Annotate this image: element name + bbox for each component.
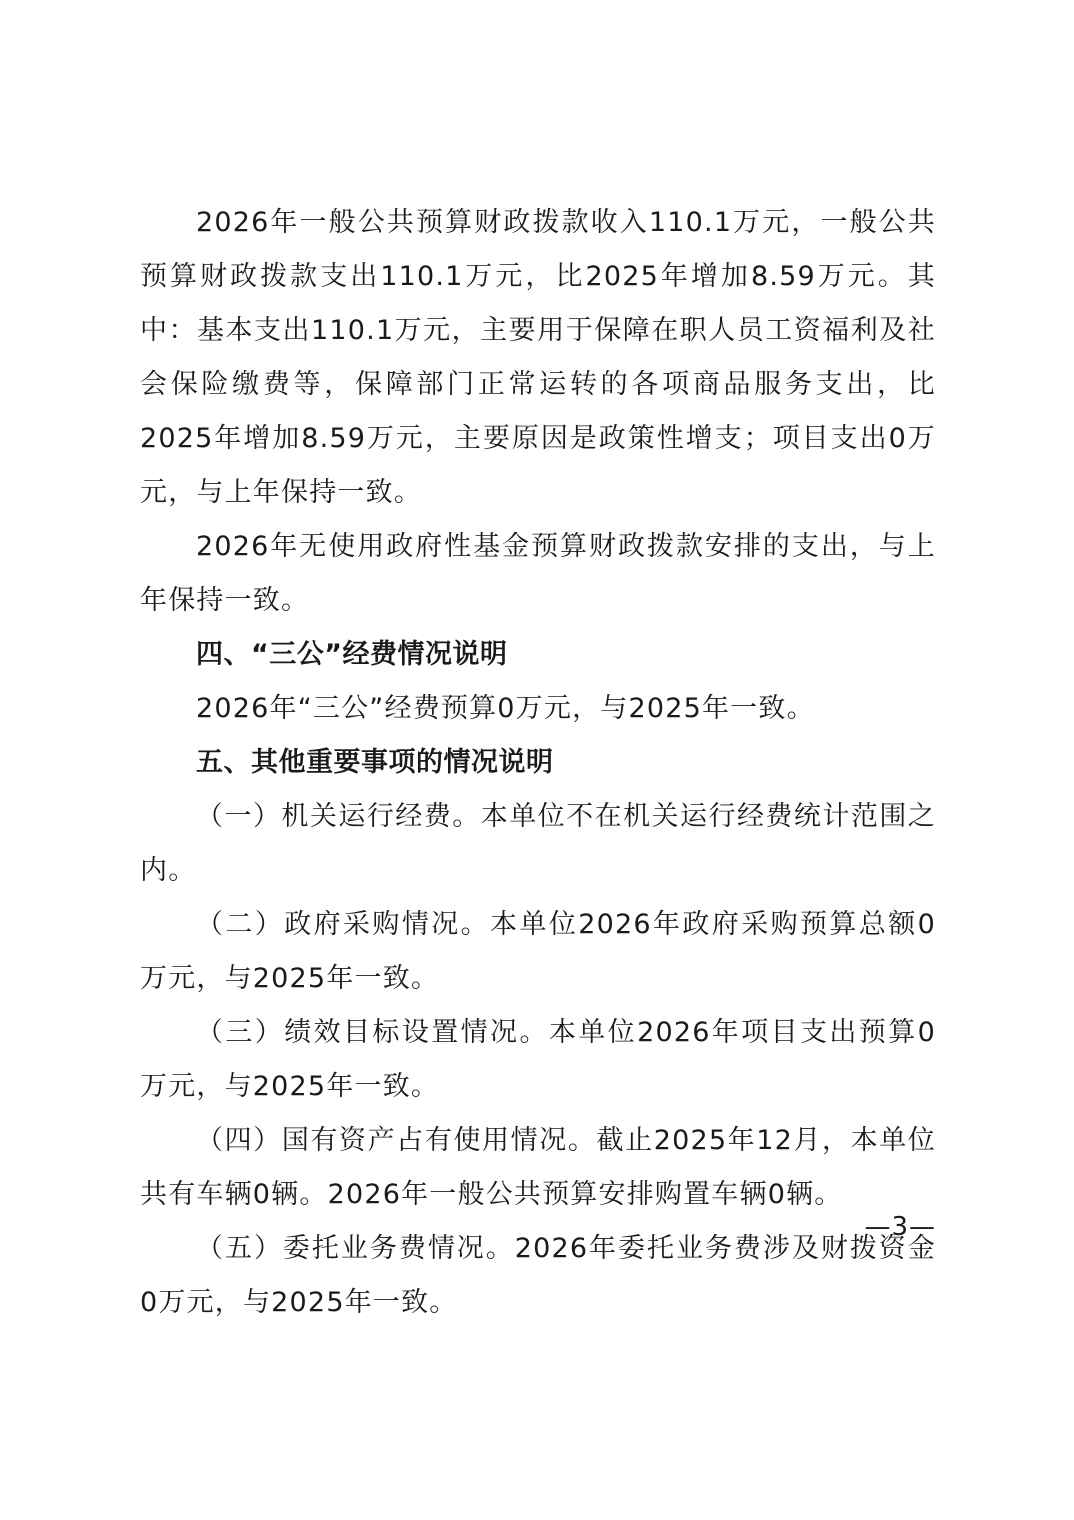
paragraph-government-fund: 2026年无使用政府性基金预算财政拨款安排的支出，与上年保持一致。 xyxy=(140,520,936,628)
paragraph-state-assets: （四）国有资产占有使用情况。截止2025年12月，本单位共有车辆0辆。2026年… xyxy=(140,1114,936,1222)
paragraph-operating-expenses: （一）机关运行经费。本单位不在机关运行经费统计范围之内。 xyxy=(140,790,936,898)
paragraph-performance-goals: （三）绩效目标设置情况。本单位2026年项目支出预算0万元，与2025年一致。 xyxy=(140,1006,936,1114)
section-heading-other-matters: 五、其他重要事项的情况说明 xyxy=(140,736,936,790)
paragraph-general-budget: 2026年一般公共预算财政拨款收入110.1万元，一般公共预算财政拨款支出110… xyxy=(140,196,936,520)
document-body: 2026年一般公共预算财政拨款收入110.1万元，一般公共预算财政拨款支出110… xyxy=(140,196,936,1330)
section-heading-three-public: 四、“三公”经费情况说明 xyxy=(140,628,936,682)
paragraph-entrusted-business: （五）委托业务费情况。2026年委托业务费涉及财拨资金0万元，与2025年一致。 xyxy=(140,1222,936,1330)
paragraph-three-public-budget: 2026年“三公”经费预算0万元，与2025年一致。 xyxy=(140,682,936,736)
page-number: —3— xyxy=(864,1212,936,1242)
paragraph-government-procurement: （二）政府采购情况。本单位2026年政府采购预算总额0万元，与2025年一致。 xyxy=(140,898,936,1006)
